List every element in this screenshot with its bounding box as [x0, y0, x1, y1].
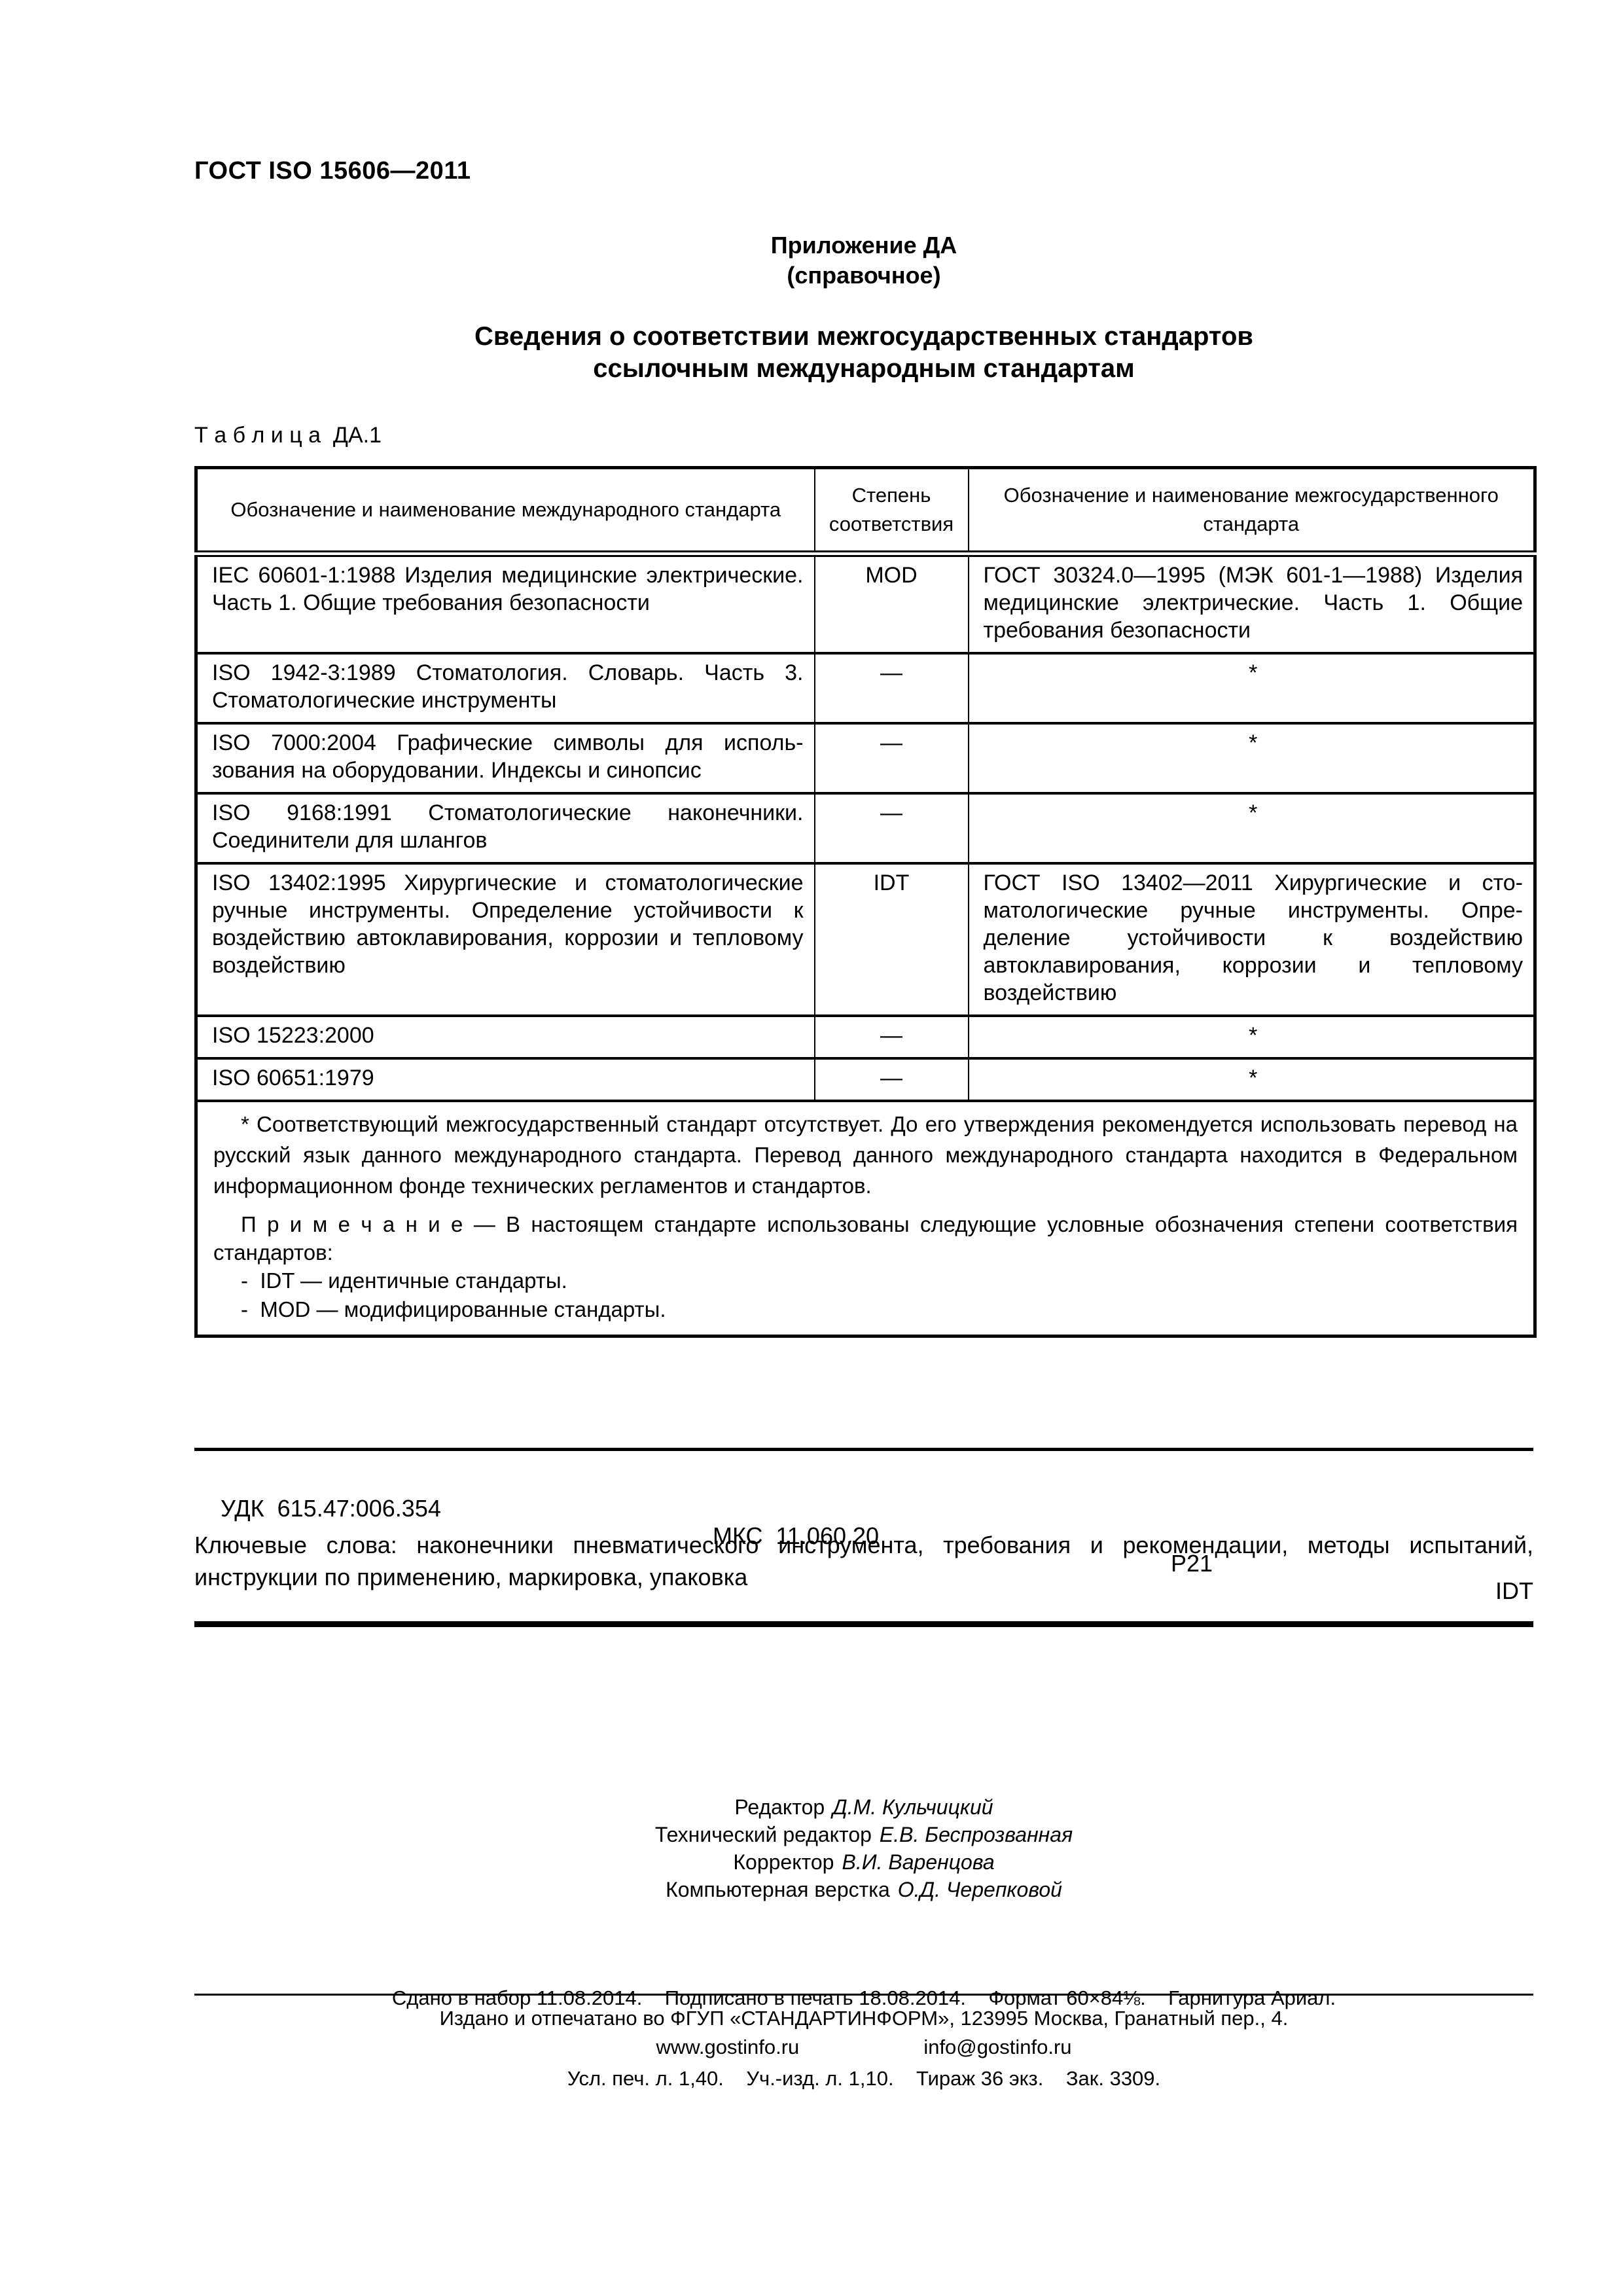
table-row: ISO 13402:1995 Хирургические и стоматоло… — [196, 863, 1535, 1016]
cell-international: ISO 13402:1995 Хирургические и стоматоло… — [196, 863, 815, 1016]
cell-interstate: * — [969, 1058, 1535, 1101]
cell-degree: MOD — [815, 554, 969, 653]
table-header-row: Обозначение и наименование международног… — [196, 468, 1535, 554]
editor-role: Компьютерная верстка — [666, 1878, 890, 1901]
cell-international: IEC 60601-1:1988 Изделия медицинские эле… — [196, 554, 815, 653]
page-header: ГОСТ ISO 15606—2011 — [194, 157, 471, 185]
publisher-contacts: www.gostinfo.ru info@gostinfo.ru — [194, 2033, 1533, 2062]
udk-code: УДК 615.47:006.354 — [221, 1495, 441, 1522]
column-header-degree: Степень соответствия — [815, 468, 969, 554]
note-label: П р и м е ч а н и е — [241, 1212, 474, 1236]
cell-international: ISO 60651:1979 — [196, 1058, 815, 1101]
table-row: ISO 15223:2000 — * — [196, 1016, 1535, 1058]
divider-line-thin — [194, 1994, 1533, 1996]
publisher-block: Издано и отпечатано во ФГУП «СТАНДАРТИНФ… — [194, 2004, 1533, 2062]
section-title: Сведения о соответствии межгосударственн… — [194, 321, 1533, 385]
editor-name: Д.М. Кульчицкий — [832, 1795, 993, 1819]
cell-degree: — — [815, 1058, 969, 1101]
editor-name: В.И. Варенцова — [842, 1850, 994, 1874]
column-header-interstate: Обозначение и наименование межгосударств… — [969, 468, 1535, 554]
section-title-line1: Сведения о соответствии межгосударственн… — [194, 321, 1533, 353]
editor-role: Технический редактор — [655, 1823, 872, 1846]
colophon-editors: РедакторД.М. Кульчицкий Технический реда… — [194, 1793, 1533, 1903]
cell-interstate: * — [969, 793, 1535, 863]
appendix-title: Приложение ДА — [194, 230, 1533, 260]
cell-degree: IDT — [815, 863, 969, 1016]
cell-international: ISO 15223:2000 — [196, 1016, 815, 1058]
cell-international: ISO 1942-3:1989 Стоматология. Словарь. Ч… — [196, 653, 815, 723]
cell-interstate: ГОСТ ISO 13402—2011 Хирургические и сто­… — [969, 863, 1535, 1016]
table-note: П р и м е ч а н и е — В настоящем станда… — [213, 1210, 1518, 1266]
note-item: - MOD — модифицированные стандарты. — [241, 1295, 1518, 1324]
editor-line: РедакторД.М. Кульчицкий — [194, 1793, 1533, 1821]
table-row: ISO 1942-3:1989 Стоматология. Словарь. Ч… — [196, 653, 1535, 723]
table-footnote-row: * Соответствующий межгосударственный ста… — [196, 1101, 1535, 1336]
table-footnote-cell: * Соответствующий межгосударственный ста… — [196, 1101, 1535, 1336]
editor-line: Технический редакторЕ.В. Беспрозванная — [194, 1821, 1533, 1848]
cell-international: ISO 7000:2004 Графические символы для ис… — [196, 723, 815, 793]
cell-interstate: * — [969, 653, 1535, 723]
cell-interstate: * — [969, 1016, 1535, 1058]
table-row: IEC 60601-1:1988 Изделия медицинские эле… — [196, 554, 1535, 653]
cell-interstate: * — [969, 723, 1535, 793]
email-text: info@gostinfo.ru — [923, 2033, 1071, 2062]
website-text: www.gostinfo.ru — [656, 2033, 799, 2062]
keywords: Ключевые слова: наконечники пневматическ… — [194, 1529, 1533, 1593]
correspondence-table: Обозначение и наименование международног… — [194, 466, 1537, 1338]
cell-international: ISO 9168:1991 Стоматологические наконечн… — [196, 793, 815, 863]
editor-line: Компьютерная версткаО.Д. Черепковой — [194, 1876, 1533, 1903]
cell-degree: — — [815, 793, 969, 863]
table-footnote: * Соответствующий межгосударственный ста… — [213, 1109, 1518, 1201]
cell-interstate: ГОСТ 30324.0—1995 (МЭК 601-1—1988) Издел… — [969, 554, 1535, 653]
column-header-international: Обозначение и наименование международног… — [196, 468, 815, 554]
editor-name: О.Д. Черепковой — [898, 1878, 1062, 1901]
table-row: ISO 7000:2004 Графические символы для ис… — [196, 723, 1535, 793]
editor-line: КорректорВ.И. Варенцова — [194, 1848, 1533, 1876]
editor-name: Е.В. Беспрозванная — [880, 1823, 1073, 1846]
appendix-subtitle: (справочное) — [194, 260, 1533, 291]
editor-role: Редактор — [734, 1795, 825, 1819]
print-info-line: Усл. печ. л. 1,40. Уч.-изд. л. 1,10. Тир… — [194, 2065, 1533, 2092]
note-item: - IDT — идентичные стандарты. — [241, 1266, 1518, 1295]
table-label: Т а б л и ц а ДА.1 — [194, 423, 382, 448]
divider-line-thick — [194, 1621, 1533, 1627]
appendix-heading: Приложение ДА (справочное) — [194, 230, 1533, 291]
cell-degree: — — [815, 723, 969, 793]
table-row: ISO 9168:1991 Стоматологические наконечн… — [196, 793, 1535, 863]
divider-line — [194, 1448, 1533, 1451]
cell-degree: — — [815, 1016, 969, 1058]
table-row: ISO 60651:1979 — * — [196, 1058, 1535, 1101]
editor-role: Корректор — [733, 1850, 834, 1874]
cell-degree: — — [815, 653, 969, 723]
section-title-line2: ссылочным международным стандартам — [194, 353, 1533, 385]
publisher-address: Издано и отпечатано во ФГУП «СТАНДАРТИНФ… — [194, 2004, 1533, 2033]
document-page: ГОСТ ISO 15606—2011 Приложение ДА (справ… — [0, 0, 1623, 2296]
